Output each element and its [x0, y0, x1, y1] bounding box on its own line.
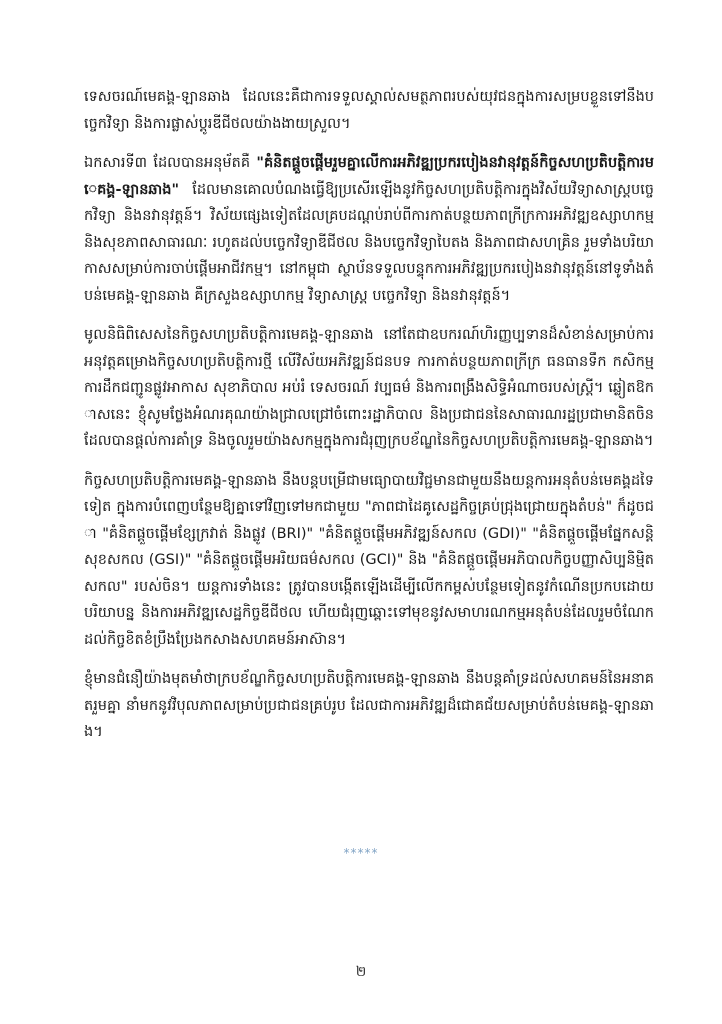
paragraph-3: មូលនិធិពិសេសនៃកិច្ចសហប្រតិបត្តិការមេគង្គ…	[84, 322, 654, 455]
page-number: ២	[0, 962, 722, 983]
section-separator: *****	[0, 846, 722, 860]
document-body: ទេសចរណ៍មេគង្គ-ឡានឆាង ដែលនេះគឺជាការទទួលស្…	[84, 84, 654, 759]
paragraph-4: កិច្ចសហប្រតិបត្តិការមេគង្គ-ឡានឆាង នឹងបន្…	[84, 468, 654, 654]
paragraph-2: ឯកសារទី៣ ដែលបានអនុម័តគឺ "គំនិតផ្តួចផ្តើម…	[84, 150, 654, 309]
paragraph-5: ខ្ញុំមានជំនឿយ៉ាងមុតមាំថាក្របខ័ណ្ឌកិច្ចសហ…	[84, 666, 654, 746]
paragraph-1: ទេសចរណ៍មេគង្គ-ឡានឆាង ដែលនេះគឺជាការទទួលស្…	[84, 84, 654, 137]
paragraph-2-intro: ឯកសារទី៣ ដែលបានអនុម័តគឺ	[84, 155, 256, 171]
paragraph-2-body: ដែលមានគោលបំណងធ្វើឱ្យប្រសើរឡើងនូវកិច្ចសហប…	[84, 182, 654, 304]
